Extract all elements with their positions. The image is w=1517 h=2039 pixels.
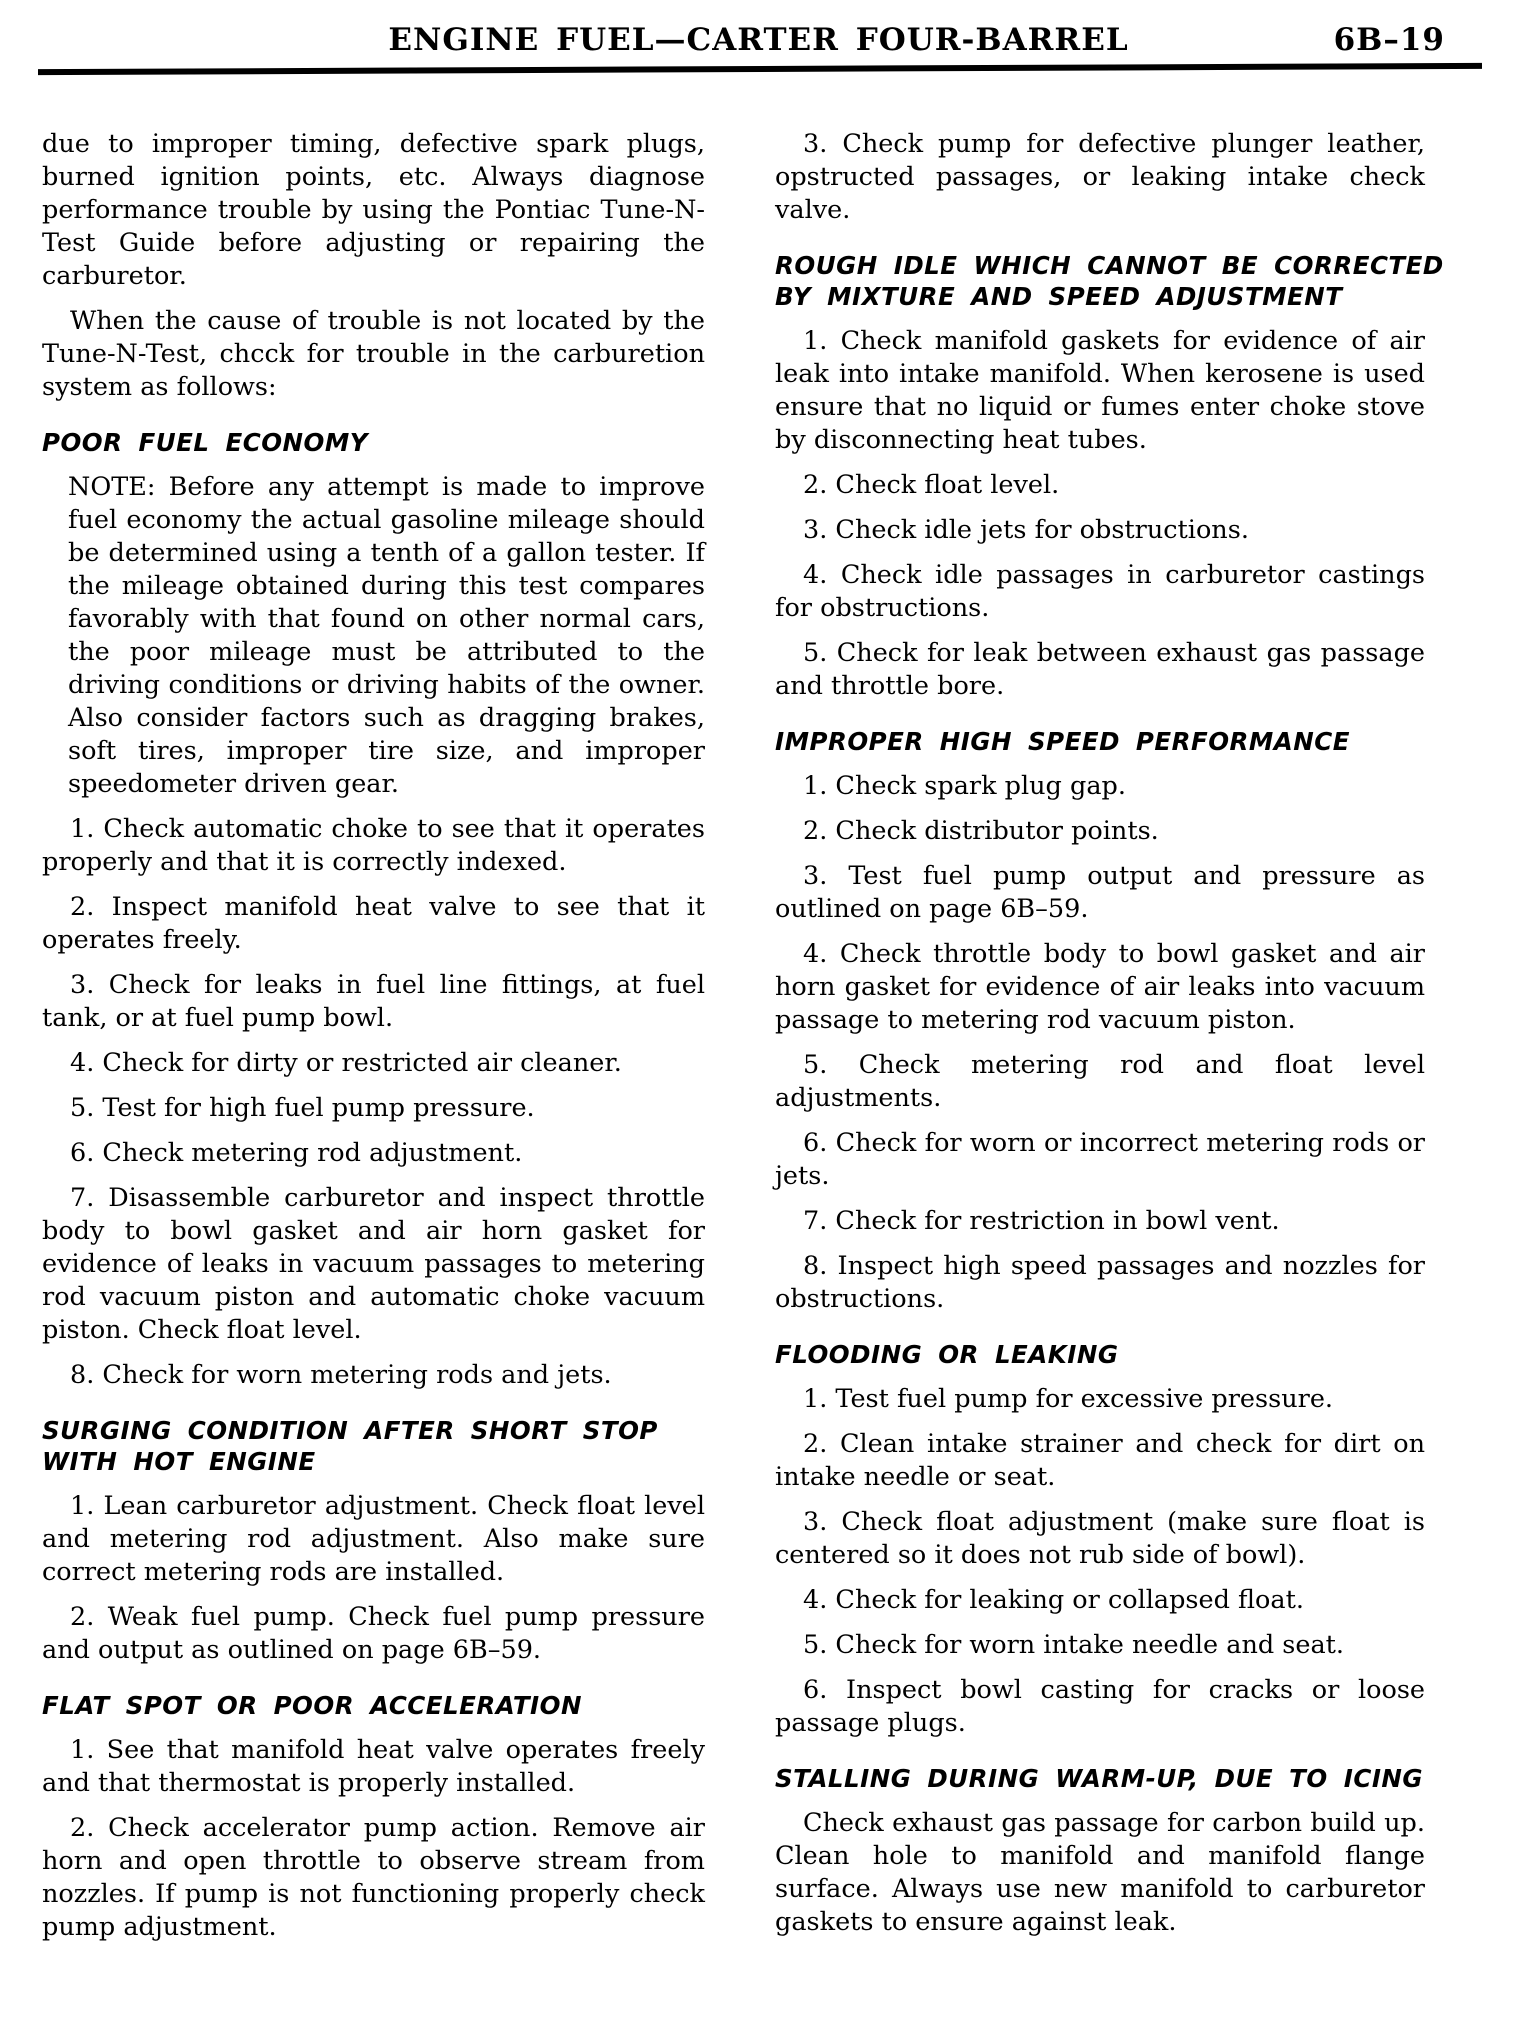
section-heading-line: FLAT SPOT OR POOR ACCELERATION: [42, 1690, 705, 1721]
section-heading-line: BY MIXTURE AND SPEED ADJUSTMENT: [775, 281, 1425, 312]
body-paragraph: 7. Check for restriction in bowl vent.: [775, 1205, 1425, 1238]
body-paragraph: 4. Check for leaking or collapsed float.: [775, 1584, 1425, 1617]
body-paragraph: 4. Check idle passages in carburetor cas…: [775, 559, 1425, 625]
section-heading-line: ROUGH IDLE WHICH CANNOT BE CORRECTED: [775, 250, 1425, 281]
body-paragraph: 3. Check for leaks in fuel line fittings…: [42, 969, 705, 1035]
body-paragraph: 1. Lean carburetor adjustment. Check flo…: [42, 1490, 705, 1589]
section-heading: POOR FUEL ECONOMY: [42, 427, 705, 458]
body-paragraph: 2. Inspect manifold heat valve to see th…: [42, 891, 705, 957]
column-right: 3. Check pump for defective plunger leat…: [775, 128, 1425, 1956]
body-paragraph: 1. Check manifold gaskets for evidence o…: [775, 325, 1425, 457]
section-heading-line: SURGING CONDITION AFTER SHORT STOP: [42, 1415, 705, 1446]
section-heading: FLOODING OR LEAKING: [775, 1339, 1425, 1370]
note-paragraph: NOTE: Before any attempt is made to impr…: [68, 471, 705, 801]
body-paragraph: 2. Clean intake strainer and check for d…: [775, 1428, 1425, 1494]
body-paragraph: 2. Check accelerator pump action. Remove…: [42, 1812, 705, 1944]
body-paragraph: 5. Check for worn intake needle and seat…: [775, 1629, 1425, 1662]
section-heading-line: STALLING DURING WARM-UP, DUE TO ICING: [775, 1763, 1425, 1794]
body-paragraph: 6. Inspect bowl casting for cracks or lo…: [775, 1674, 1425, 1740]
body-paragraph: 1. Check automatic choke to see that it …: [42, 813, 705, 879]
body-paragraph: 6. Check metering rod adjustment.: [42, 1137, 705, 1170]
body-paragraph: Check exhaust gas passage for carbon bui…: [775, 1807, 1425, 1939]
section-heading-line: POOR FUEL ECONOMY: [42, 427, 705, 458]
page-title: ENGINE FUEL—CARTER FOUR-BARREL: [0, 22, 1517, 58]
section-heading-line: WITH HOT ENGINE: [42, 1446, 705, 1477]
body-paragraph: 2. Weak fuel pump. Check fuel pump press…: [42, 1601, 705, 1667]
body-paragraph: 1. Check spark plug gap.: [775, 770, 1425, 803]
body-paragraph: 3. Test fuel pump output and pressure as…: [775, 860, 1425, 926]
section-heading: IMPROPER HIGH SPEED PERFORMANCE: [775, 726, 1425, 757]
body-paragraph: 8. Check for worn metering rods and jets…: [42, 1359, 705, 1392]
section-heading: SURGING CONDITION AFTER SHORT STOPWITH H…: [42, 1415, 705, 1477]
body-paragraph: 4. Check throttle body to bowl gasket an…: [775, 938, 1425, 1037]
body-paragraph: 5. Test for high fuel pump pressure.: [42, 1092, 705, 1125]
header-rule: [38, 63, 1482, 75]
body-paragraph: 7. Disassemble carburetor and inspect th…: [42, 1182, 705, 1347]
body-paragraph: due to improper timing, defective spark …: [42, 128, 705, 293]
body-paragraph: 3. Check pump for defective plunger leat…: [775, 128, 1425, 227]
text-columns: due to improper timing, defective spark …: [42, 128, 1425, 1956]
body-paragraph: 2. Check float level.: [775, 469, 1425, 502]
body-paragraph: 1. See that manifold heat valve operates…: [42, 1734, 705, 1800]
section-heading-line: FLOODING OR LEAKING: [775, 1339, 1425, 1370]
section-heading: FLAT SPOT OR POOR ACCELERATION: [42, 1690, 705, 1721]
column-left: due to improper timing, defective spark …: [42, 128, 705, 1956]
body-paragraph: 4. Check for dirty or restricted air cle…: [42, 1047, 705, 1080]
body-paragraph: 6. Check for worn or incorrect metering …: [775, 1127, 1425, 1193]
body-paragraph: 8. Inspect high speed passages and nozzl…: [775, 1250, 1425, 1316]
body-paragraph: 3. Check float adjustment (make sure flo…: [775, 1506, 1425, 1572]
body-paragraph: 2. Check distributor points.: [775, 815, 1425, 848]
body-paragraph: 5. Check for leak between exhaust gas pa…: [775, 637, 1425, 703]
body-paragraph: 1. Test fuel pump for excessive pressure…: [775, 1383, 1425, 1416]
section-heading: STALLING DURING WARM-UP, DUE TO ICING: [775, 1763, 1425, 1794]
body-paragraph: 3. Check idle jets for obstructions.: [775, 514, 1425, 547]
body-paragraph: 5. Check metering rod and float level ad…: [775, 1049, 1425, 1115]
body-paragraph: When the cause of trouble is not located…: [42, 305, 705, 404]
section-heading: ROUGH IDLE WHICH CANNOT BE CORRECTEDBY M…: [775, 250, 1425, 312]
section-heading-line: IMPROPER HIGH SPEED PERFORMANCE: [775, 726, 1425, 757]
manual-page: ENGINE FUEL—CARTER FOUR-BARREL 6B–19 due…: [0, 0, 1517, 2039]
page-number: 6B–19: [1334, 22, 1445, 58]
